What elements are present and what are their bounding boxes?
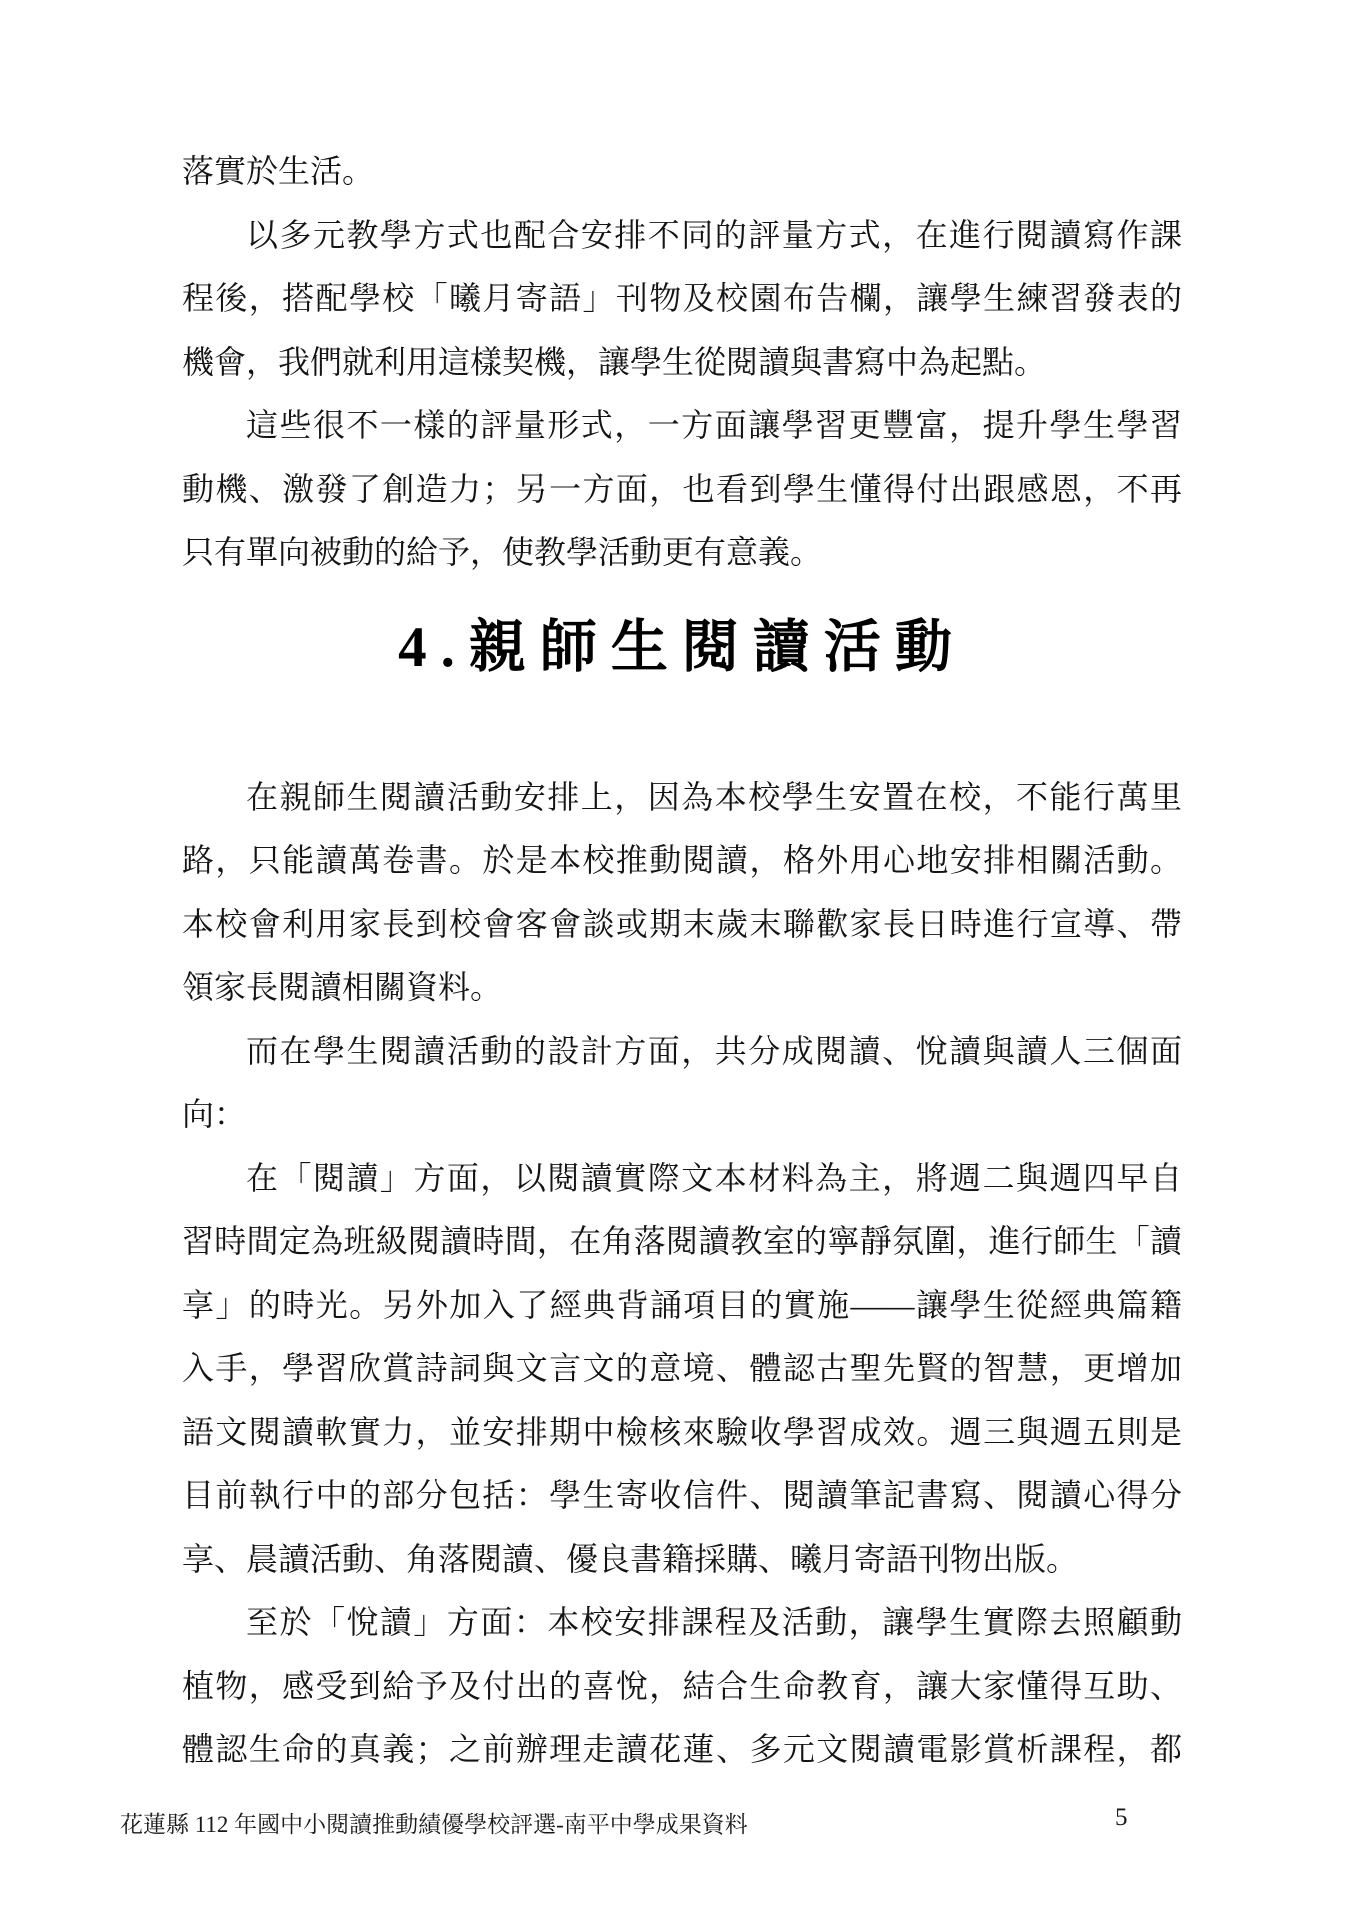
body-line: 在「閱讀」方面，以閱讀實際文本材料為主，將週二與週四早自 <box>182 1147 1182 1211</box>
body-line: 目前執行中的部分包括：學生寄收信件、閱讀筆記書寫、閱讀心得分 <box>182 1464 1182 1528</box>
body-line: 以多元教學方式也配合安排不同的評量方式，在進行閱讀寫作課 <box>182 204 1182 268</box>
body-line: 至於「悅讀」方面：本校安排課程及活動，讓學生實際去照顧動 <box>182 1591 1182 1655</box>
body-line: 只有單向被動的給予，使教學活動更有意義。 <box>182 521 1182 585</box>
body-line: 入手，學習欣賞詩詞與文言文的意境、體認古聖先賢的智慧，更增加 <box>182 1337 1182 1401</box>
body-line: 享、晨讀活動、角落閱讀、優良書籍採購、曦月寄語刊物出版。 <box>182 1528 1182 1592</box>
section-heading: 4.親師生閱讀活動 <box>182 610 1182 686</box>
footer-title: 花蓮縣 112 年國中小閱讀推動績優學校評選-南平中學成果資料 <box>120 1806 748 1839</box>
body-line: 習時間定為班級閱讀時間，在角落閱讀教室的寧靜氛圍，進行師生「讀 <box>182 1210 1182 1274</box>
page-number: 5 <box>1115 1804 1128 1832</box>
body-line: 落實於生活。 <box>182 140 1182 204</box>
body-line: 體認生命的真義；之前辦理走讀花蓮、多元文閱讀電影賞析課程，都 <box>182 1718 1182 1782</box>
body-line: 這些很不一樣的評量形式，一方面讓學習更豐富，提升學生學習 <box>182 394 1182 458</box>
body-line: 語文閱讀軟實力，並安排期中檢核來驗收學習成效。週三與週五則是 <box>182 1401 1182 1465</box>
body-line: 程後，搭配學校「曦月寄語」刊物及校園布告欄，讓學生練習發表的 <box>182 267 1182 331</box>
body-line: 本校會利用家長到校會客會談或期末歲末聯歡家長日時進行宣導、帶 <box>182 893 1182 957</box>
body-line: 路，只能讀萬卷書。於是本校推動閱讀，格外用心地安排相關活動。 <box>182 829 1182 893</box>
body-line: 植物，感受到給予及付出的喜悅，結合生命教育，讓大家懂得互助、 <box>182 1655 1182 1719</box>
document-page: 落實於生活。以多元教學方式也配合安排不同的評量方式，在進行閱讀寫作課程後，搭配學… <box>0 0 1358 1920</box>
body-line: 享」的時光。另外加入了經典背誦項目的實施——讓學生從經典篇籍 <box>182 1274 1182 1338</box>
document-body: 落實於生活。以多元教學方式也配合安排不同的評量方式，在進行閱讀寫作課程後，搭配學… <box>182 140 1182 1782</box>
body-line: 動機、激發了創造力；另一方面，也看到學生懂得付出跟感恩，不再 <box>182 458 1182 522</box>
body-line: 在親師生閱讀活動安排上，因為本校學生安置在校，不能行萬里 <box>182 766 1182 830</box>
body-line: 向： <box>182 1083 1182 1147</box>
body-line: 機會，我們就利用這樣契機，讓學生從閱讀與書寫中為起點。 <box>182 331 1182 395</box>
body-line: 而在學生閱讀活動的設計方面，共分成閱讀、悅讀與讀人三個面 <box>182 1020 1182 1084</box>
body-line: 領家長閱讀相關資料。 <box>182 956 1182 1020</box>
